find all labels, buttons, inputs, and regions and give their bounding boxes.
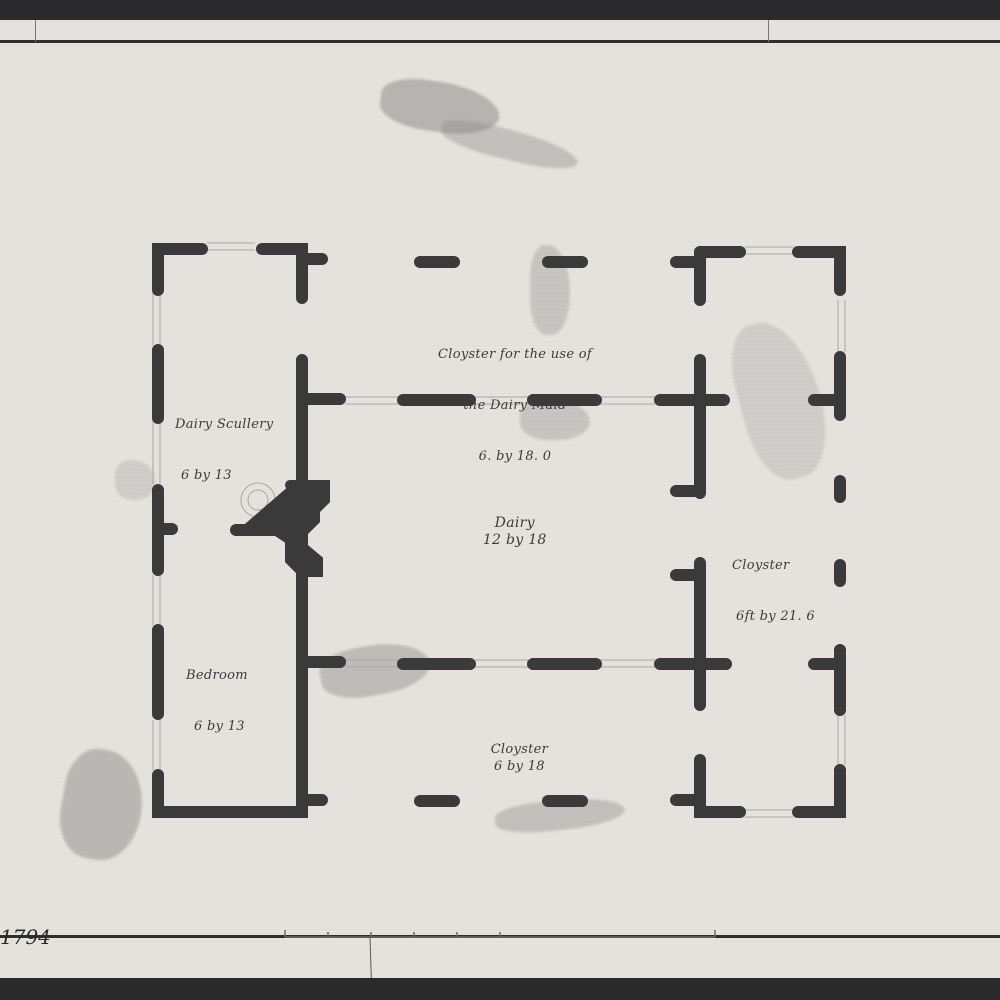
scan-frame-bottom [0, 978, 1000, 1000]
wall-right-bottom [798, 770, 840, 812]
room-dimensions: 6 by 13 [175, 467, 273, 484]
room-label-bedroom: Bedroom 6 by 13 [186, 633, 248, 752]
room-name: Cloyster for the use of [415, 346, 615, 363]
room-dimensions: 6 by 18 [494, 759, 545, 774]
room-label-dairy-scullery: Dairy Scullery 6 by 13 [175, 382, 273, 501]
room-name: Cloyster [491, 742, 548, 757]
date-text: 1794 [0, 925, 51, 949]
wall-right-top-corner [798, 252, 840, 290]
room-label-cloister-top: Cloyster for the use of the Dairy Maid 6… [415, 312, 615, 482]
room-label-cloister-right: Cloyster 6ft by 21. 6 [732, 523, 815, 642]
room-name: Dairy Scullery [175, 416, 273, 433]
room-dimensions: 6. by 18. 0 [415, 448, 615, 465]
wall-left-top-right [262, 249, 302, 298]
room-dimensions: 12 by 18 [483, 532, 547, 548]
room-name-line2: the Dairy Maid [415, 397, 615, 414]
wall-left-top-corner [158, 249, 202, 290]
date-inscription: 1794 [0, 925, 51, 949]
room-label-dairy: Dairy 12 by 18 [430, 498, 590, 549]
room-name: Cloyster [732, 557, 815, 574]
room-dimensions: 6ft by 21. 6 [732, 608, 815, 625]
wall-right-bottom-corner [700, 760, 740, 812]
room-name: Bedroom [186, 667, 248, 684]
room-name: Dairy [495, 515, 535, 531]
room-label-cloister-bottom: Cloyster 6 by 18 [440, 724, 590, 775]
room-dimensions: 6 by 13 [186, 718, 248, 735]
